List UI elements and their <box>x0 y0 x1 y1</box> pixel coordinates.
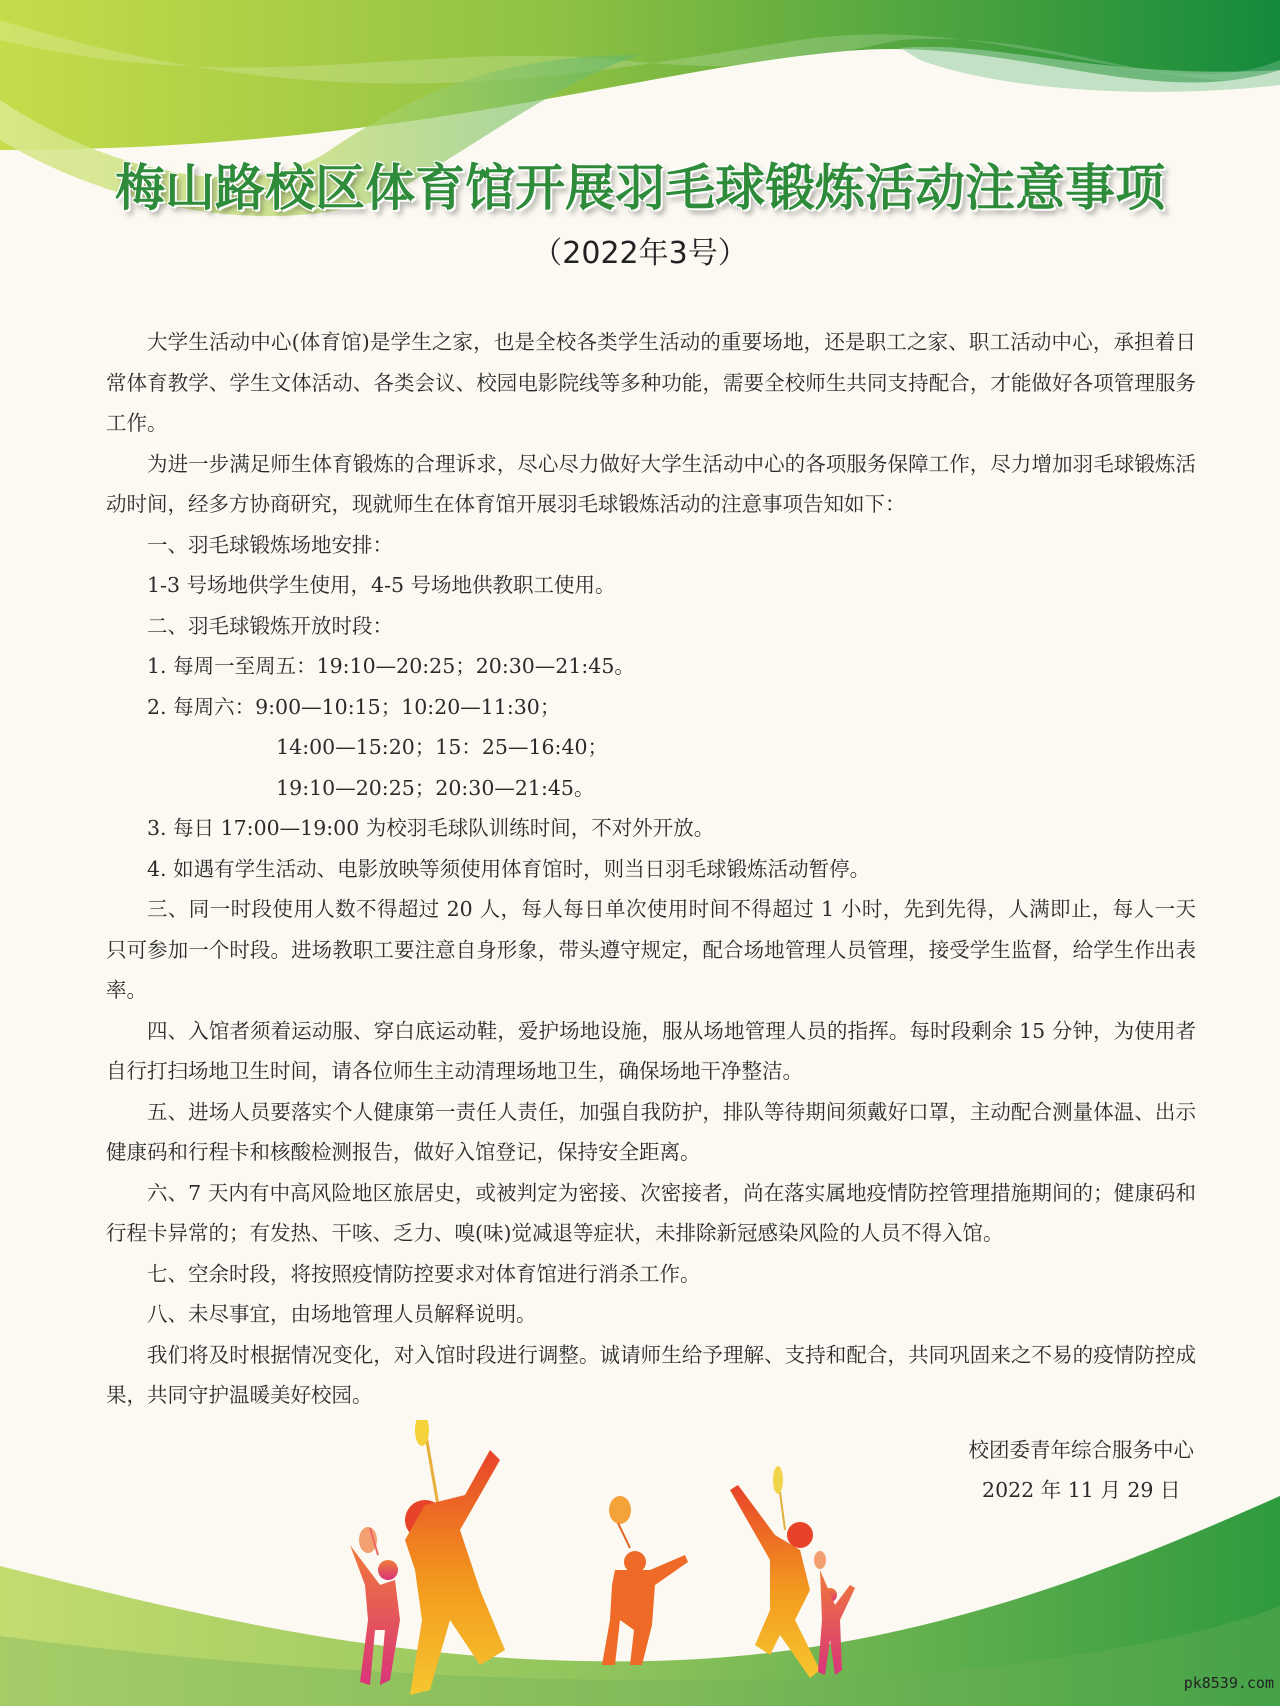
rule-four: 四、入馆者须着运动服、穿白底运动鞋，爱护场地设施，服从场地管理人员的指挥。每时段… <box>106 1011 1196 1092</box>
player-figure-left <box>350 1527 400 1685</box>
section-heading-hours: 二、羽毛球锻炼开放时段： <box>106 606 1196 647</box>
rule-five: 五、进场人员要落实个人健康第一责任人责任，加强自我防护，排队等待期间须戴好口罩，… <box>106 1092 1196 1173</box>
notice-body: 大学生活动中心(体育馆)是学生之家，也是全校各类学生活动的重要场地，还是职工之家… <box>106 322 1196 1416</box>
hours-saturday-1: 2. 每周六：9:00—10:15；10:20—11:30； <box>106 687 1196 728</box>
section-heading-venue: 一、羽毛球锻炼场地安排： <box>106 525 1196 566</box>
paragraph-venue: 1-3 号场地供学生使用，4-5 号场地供教职工使用。 <box>106 565 1196 606</box>
player-figure-middle <box>602 1496 688 1665</box>
player-figure-far-right <box>814 1551 855 1675</box>
rule-eight: 八、未尽事宜，由场地管理人员解释说明。 <box>106 1294 1196 1335</box>
hours-saturday-3: 19:10—20:25；20:30—21:45。 <box>106 768 1196 809</box>
rule-three: 三、同一时段使用人数不得超过 20 人，每人每日单次使用时间不得超过 1 小时，… <box>106 889 1196 1011</box>
signature-date: 2022 年 11 月 29 日 <box>969 1470 1195 1510</box>
watermark-text: pk8539.com <box>1184 1674 1274 1692</box>
rule-six: 六、7 天内有中高风险地区旅居史，或被判定为密接、次密接者，尚在落实属地疫情防控… <box>106 1173 1196 1254</box>
rule-seven: 七、空余时段，将按照疫情防控要求对体育馆进行消杀工作。 <box>106 1254 1196 1295</box>
page-title: 梅山路校区体育馆开展羽毛球锻炼活动注意事项 <box>0 148 1280 220</box>
player-figure-main <box>405 1420 505 1695</box>
paragraph-closing: 我们将及时根据情况变化，对入馆时段进行调整。诚请师生给予理解、支持和配合，共同巩… <box>106 1335 1196 1416</box>
paragraph-intro: 大学生活动中心(体育馆)是学生之家，也是全校各类学生活动的重要场地，还是职工之家… <box>106 322 1196 444</box>
issue-number: （2022年3号） <box>0 228 1280 272</box>
signature-org: 校团委青年综合服务中心 <box>969 1438 1195 1462</box>
player-figure-right <box>730 1466 820 1678</box>
hours-team-training: 3. 每日 17:00—19:00 为校羽毛球队训练时间，不对外开放。 <box>106 808 1196 849</box>
paragraph-purpose: 为进一步满足师生体育锻炼的合理诉求，尽心尽力做好大学生活动中心的各项服务保障工作… <box>106 444 1196 525</box>
signature-block: 校团委青年综合服务中心 2022 年 11 月 29 日 <box>969 1430 1195 1510</box>
hours-weekday: 1. 每周一至周五：19:10—20:25；20:30—21:45。 <box>106 646 1196 687</box>
hours-saturday-2: 14:00—15:20；15：25—16:40； <box>106 727 1196 768</box>
badminton-players-illustration <box>330 1420 980 1706</box>
hours-suspension: 4. 如遇有学生活动、电影放映等须使用体育馆时，则当日羽毛球锻炼活动暂停。 <box>106 849 1196 890</box>
